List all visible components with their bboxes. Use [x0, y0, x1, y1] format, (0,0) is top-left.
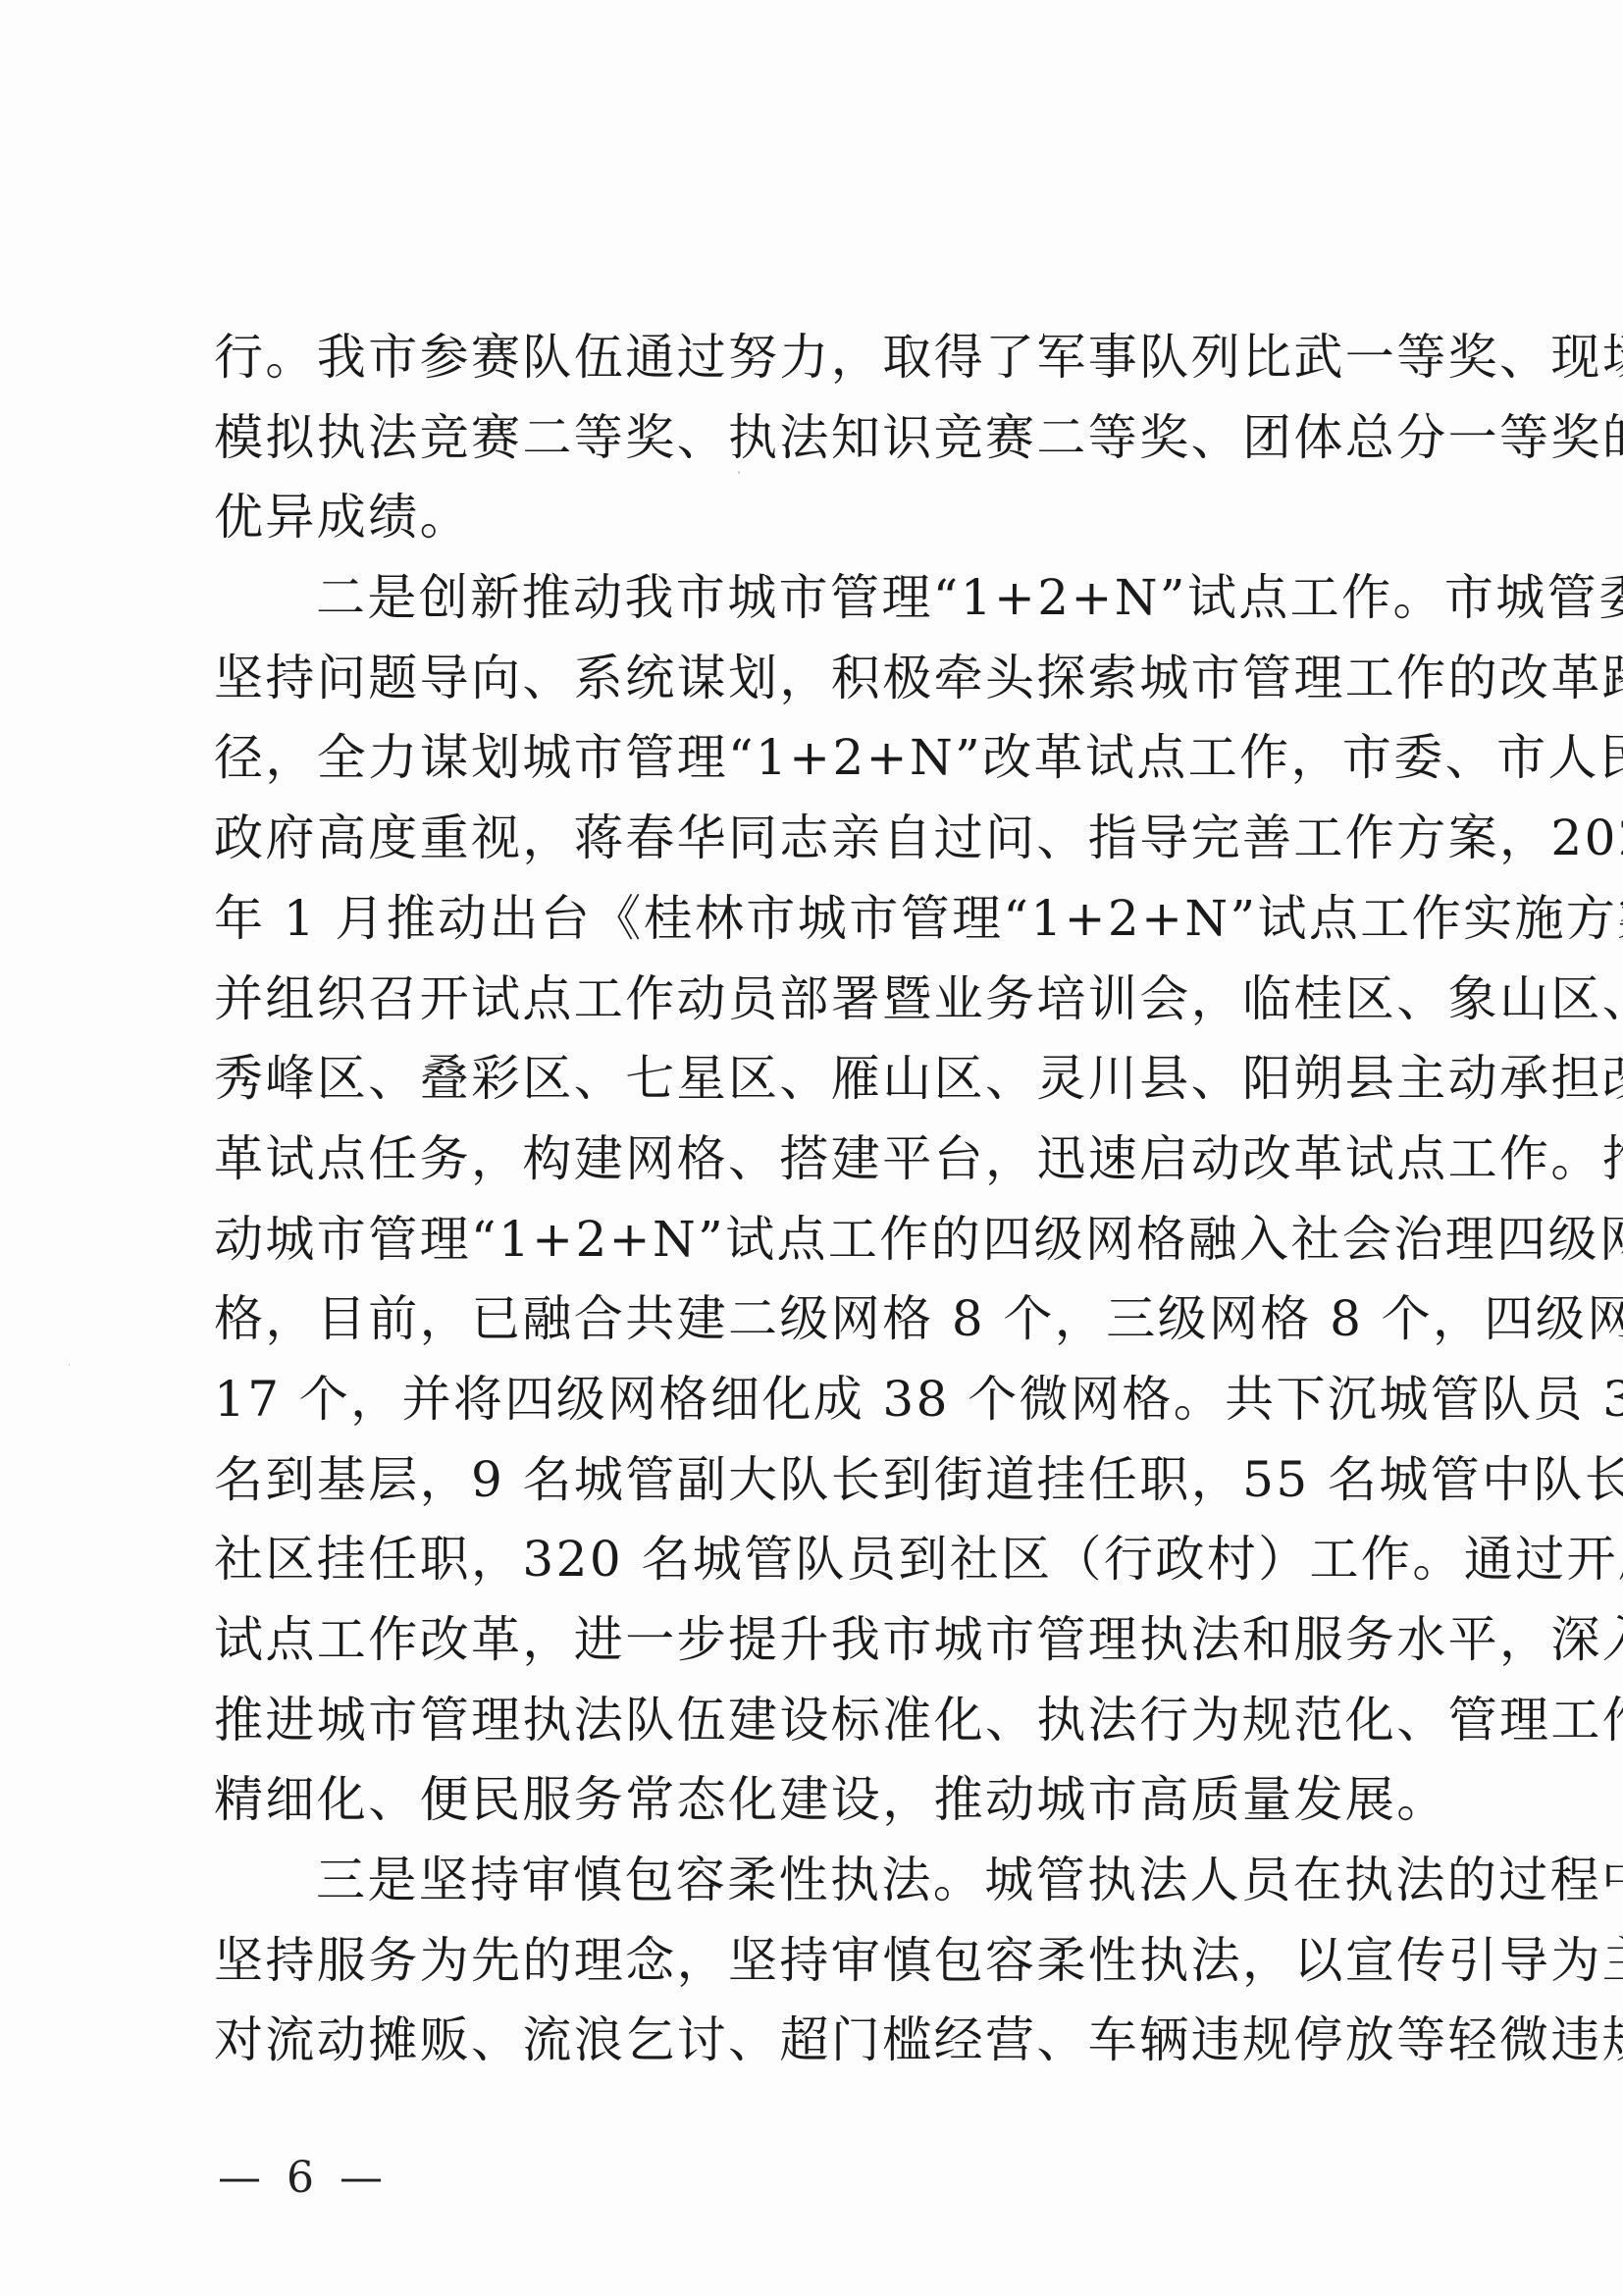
paragraph-flexible-enforcement: 三是坚持审慎包容柔性执法。城管执法人员在执法的过程中 坚持服务为先的理念，坚持审…	[214, 1851, 1452, 2091]
page-number: — 6 —	[218, 2151, 389, 2206]
document-page: 行。我市参赛队伍通过努力，取得了军事队列比武一等奖、现场 模拟执法竞赛二等奖、执…	[0, 0, 1623, 2296]
text-line: 动城市管理“1+2+N”试点工作的四级网格融入社会治理四级网	[214, 1210, 1452, 1290]
document-body: 行。我市参赛队伍通过努力，取得了军事队列比武一等奖、现场 模拟执法竞赛二等奖、执…	[214, 328, 1452, 2091]
text-line: 并组织召开试点工作动员部署暨业务培训会，临桂区、象山区、	[214, 969, 1452, 1050]
text-line: 17 个，并将四级网格细化成 38 个微网格。共下沉城管队员 384	[214, 1370, 1452, 1450]
text-line-first-indented: 二是创新推动我市城市管理“1+2+N”试点工作。市城管委	[214, 568, 1452, 649]
text-line: 模拟执法竞赛二等奖、执法知识竞赛二等奖、团体总分一等奖的	[214, 408, 1452, 489]
text-line: 对流动摊贩、流浪乞讨、超门槛经营、车辆违规停放等轻微违规	[214, 2010, 1452, 2091]
text-line: 推进城市管理执法队伍建设标准化、执法行为规范化、管理工作	[214, 1691, 1452, 1771]
paragraph-pilot-work: 二是创新推动我市城市管理“1+2+N”试点工作。市城管委 坚持问题导向、系统谋划…	[214, 568, 1452, 1851]
text-line-first-indented: 三是坚持审慎包容柔性执法。城管执法人员在执法的过程中	[214, 1851, 1452, 1931]
scan-speck	[738, 471, 740, 474]
text-line: 秀峰区、叠彩区、七星区、雁山区、灵川县、阳朔县主动承担改	[214, 1049, 1452, 1129]
text-line: 精细化、便民服务常态化建设，推动城市高质量发展。	[214, 1770, 1452, 1851]
text-line: 行。我市参赛队伍通过努力，取得了军事队列比武一等奖、现场	[214, 328, 1452, 408]
text-line: 试点工作改革，进一步提升我市城市管理执法和服务水平，深入	[214, 1610, 1452, 1691]
text-line: 优异成绩。	[214, 488, 1452, 568]
text-line: 格，目前，已融合共建二级网格 8 个，三级网格 8 个，四级网格	[214, 1289, 1452, 1370]
text-line: 径，全力谋划城市管理“1+2+N”改革试点工作，市委、市人民	[214, 728, 1452, 809]
text-line: 革试点任务，构建网格、搭建平台，迅速启动改革试点工作。推	[214, 1129, 1452, 1210]
text-line: 政府高度重视，蒋春华同志亲自过问、指导完善工作方案，2023	[214, 809, 1452, 889]
text-line: 坚持服务为先的理念，坚持审慎包容柔性执法，以宣传引导为主，	[214, 1931, 1452, 2011]
scan-speck	[69, 1364, 70, 1366]
text-line: 坚持问题导向、系统谋划，积极牵头探索城市管理工作的改革路	[214, 649, 1452, 729]
text-line: 社区挂任职，320 名城管队员到社区（行政村）工作。通过开展	[214, 1530, 1452, 1610]
paragraph-awards-continuation: 行。我市参赛队伍通过努力，取得了军事队列比武一等奖、现场 模拟执法竞赛二等奖、执…	[214, 328, 1452, 568]
text-line: 年 1 月推动出台《桂林市城市管理“1+2+N”试点工作实施方案》，	[214, 889, 1452, 969]
text-line: 名到基层，9 名城管副大队长到街道挂任职，55 名城管中队长到	[214, 1450, 1452, 1531]
